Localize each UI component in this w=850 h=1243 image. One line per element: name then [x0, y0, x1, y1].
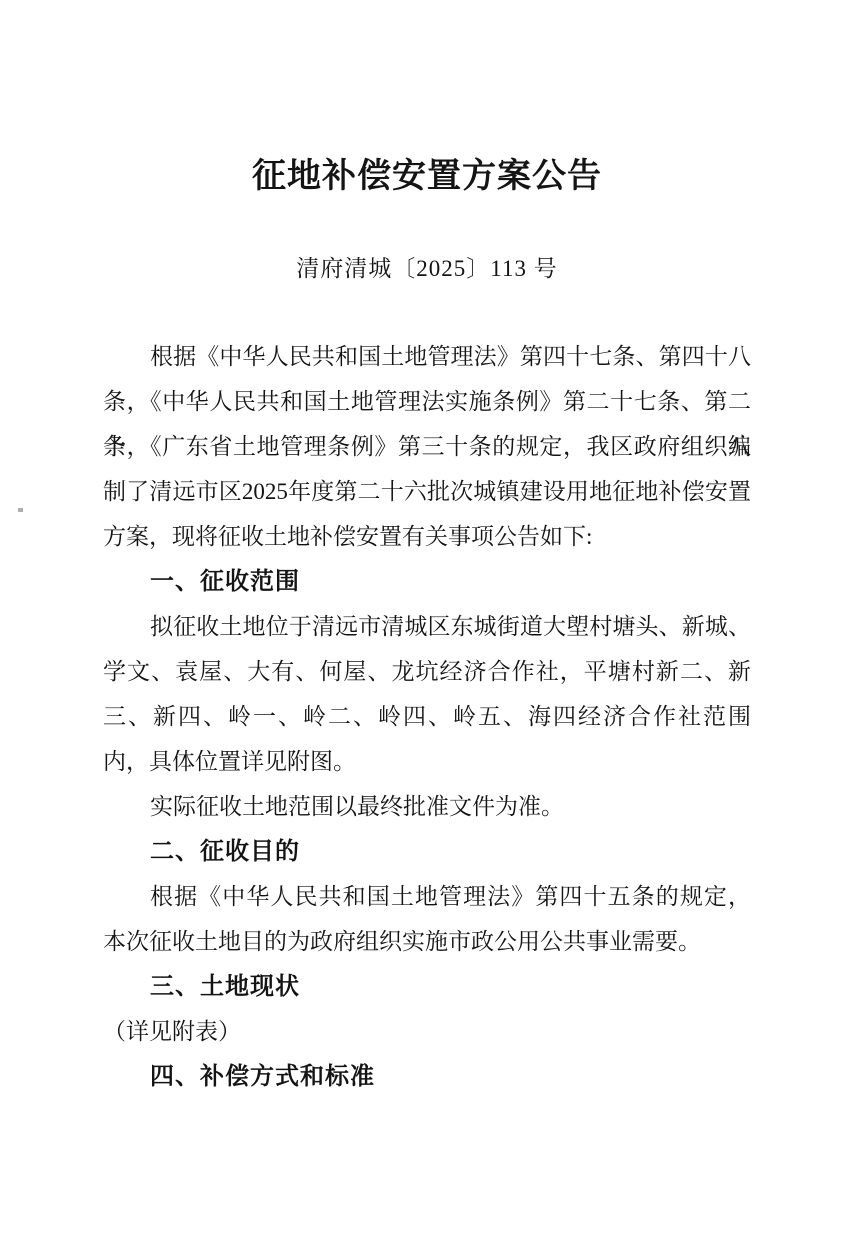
- body-line: 根据《中华人民共和国土地管理法》第四十五条的规定，: [103, 874, 751, 919]
- section-heading-2: 二、征收目的: [103, 829, 751, 874]
- body-line: 条，《中华人民共和国土地管理法实施条例》第二十七条、第二十八: [103, 379, 751, 424]
- scan-artifact: [18, 508, 23, 512]
- body-line: 本次征收土地目的为政府组织实施市政公用公共事业需要。: [103, 919, 751, 964]
- document-body: 根据《中华人民共和国土地管理法》第四十七条、第四十八 条，《中华人民共和国土地管…: [103, 334, 751, 1099]
- body-line: 三、新四、岭一、岭二、岭四、岭五、海四经济合作社范围: [103, 694, 751, 739]
- body-line: 条，《广东省土地管理条例》第三十条的规定，我区政府组织编: [103, 424, 751, 469]
- body-line: 学文、袁屋、大有、何屋、龙坑经济合作社，平塘村新二、新: [103, 649, 751, 694]
- body-line: （详见附表）: [103, 1009, 751, 1054]
- body-line: 制了清远市区2025年度第二十六批次城镇建设用地征地补偿安置: [103, 469, 751, 514]
- body-line: 实际征收土地范围以最终批准文件为准。: [103, 784, 751, 829]
- body-line: 根据《中华人民共和国土地管理法》第四十七条、第四十八: [103, 334, 751, 379]
- body-line: 拟征收土地位于清远市清城区东城街道大塱村塘头、新城、: [103, 604, 751, 649]
- body-line: 方案，现将征收土地补偿安置有关事项公告如下:: [103, 514, 751, 559]
- document-content: 征地补偿安置方案公告 清府清城〔2025〕113 号 根据《中华人民共和国土地管…: [103, 0, 751, 1099]
- section-heading-3: 三、土地现状: [103, 964, 751, 1009]
- section-heading-4: 四、补偿方式和标准: [103, 1054, 751, 1099]
- document-number: 清府清城〔2025〕113 号: [103, 254, 751, 284]
- section-heading-1: 一、征收范围: [103, 559, 751, 604]
- page-title: 征地补偿安置方案公告: [103, 157, 751, 197]
- body-line: 内，具体位置详见附图。: [103, 739, 751, 784]
- document-page: 征地补偿安置方案公告 清府清城〔2025〕113 号 根据《中华人民共和国土地管…: [0, 0, 850, 1243]
